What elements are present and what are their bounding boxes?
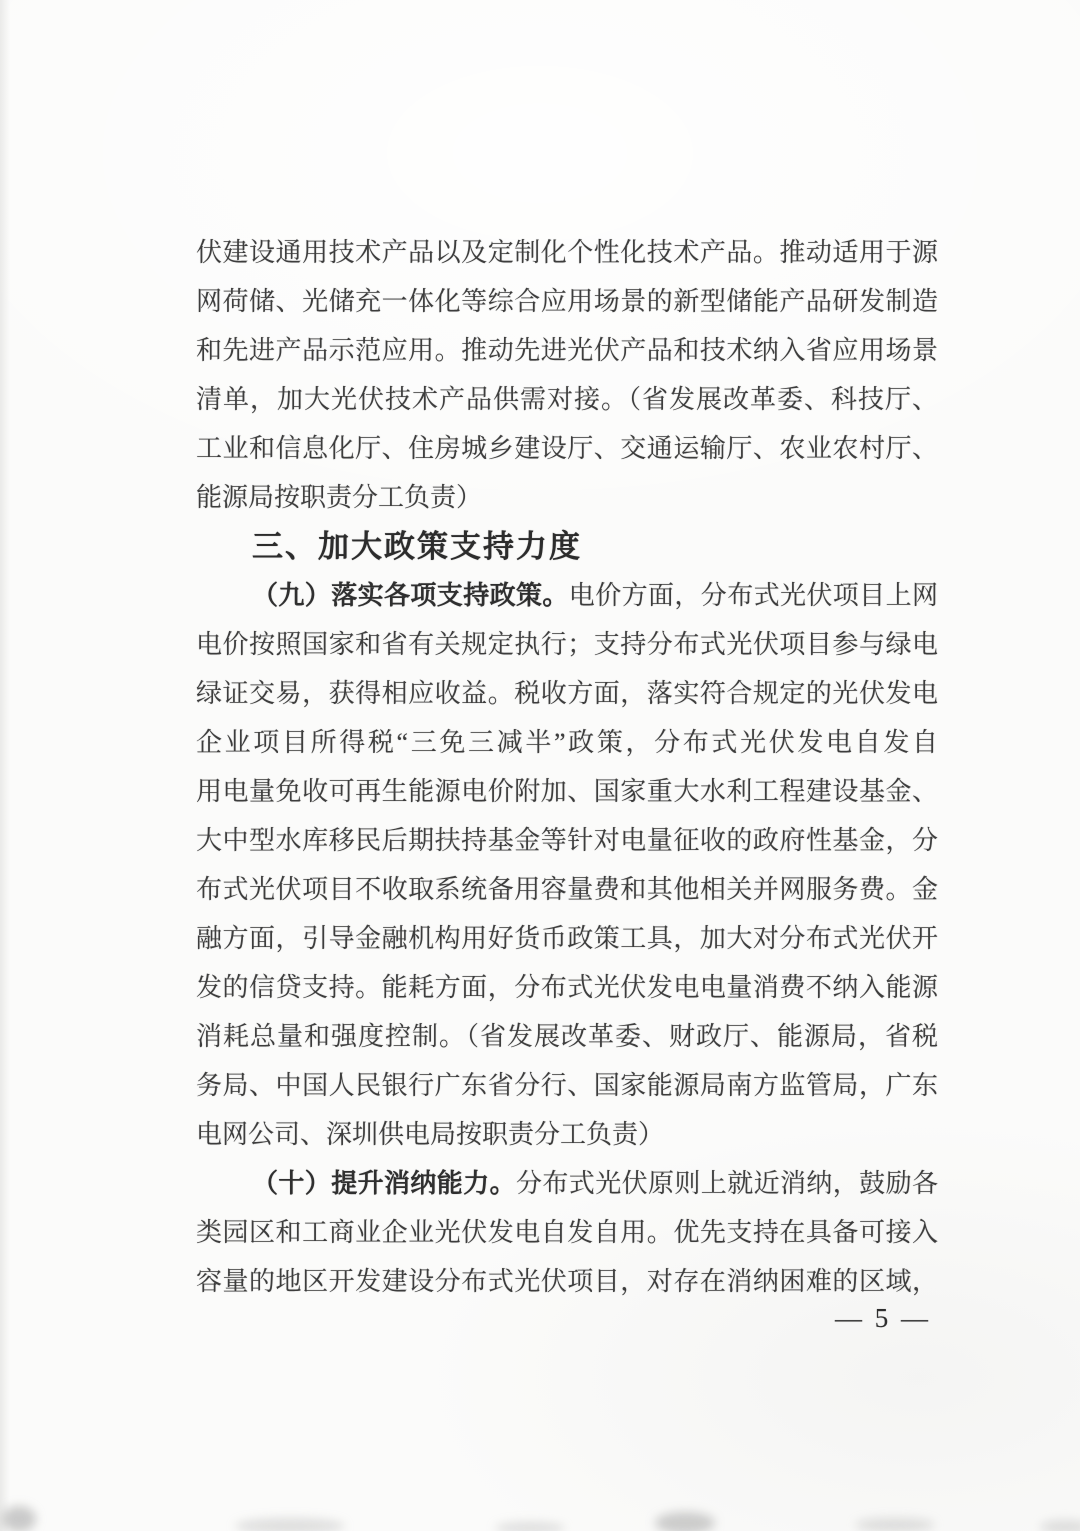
- paragraph-text: 分布式光伏原则上就近消纳，鼓励各: [516, 1169, 938, 1198]
- text-line: 消耗总量和强度控制。（省发展改革委、财政厅、能源局，省税: [196, 1012, 938, 1061]
- text-line: 能源局按职责分工负责）: [196, 473, 938, 522]
- text-line: 大中型水库移民后期扶持基金等针对电量征收的政府性基金，分: [196, 816, 938, 865]
- text-line: 布式光伏项目不收取系统备用容量费和其他相关并网服务费。金: [196, 865, 938, 914]
- scan-artifact: [1040, 1520, 1080, 1531]
- text-line: 工业和信息化厅、住房城乡建设厅、交通运输厅、农业农村厅、: [196, 424, 938, 473]
- scan-artifact: [855, 1518, 935, 1531]
- paragraph-label: （九）落实各项支持政策。: [252, 581, 569, 610]
- text-line: 和先进产品示范应用。推动先进光伏产品和技术纳入省应用场景: [196, 326, 938, 375]
- text-line: 容量的地区开发建设分布式光伏项目，对存在消纳困难的区域，: [196, 1257, 938, 1306]
- text-line: 绿证交易，获得相应收益。税收方面，落实符合规定的光伏发电: [196, 669, 938, 718]
- paragraph-label: （十）提升消纳能力。: [252, 1169, 516, 1198]
- text-line: 务局、中国人民银行广东省分行、国家能源局南方监管局，广东: [196, 1061, 938, 1110]
- text-line: 伏建设通用技术产品以及定制化个性化技术产品。推动适用于源: [196, 228, 938, 277]
- scan-artifact: [655, 1512, 715, 1531]
- text-line: 用电量免收可再生能源电价附加、国家重大水利工程建设基金、: [196, 767, 938, 816]
- paragraph-text: 电价方面，分布式光伏项目上网: [569, 581, 938, 610]
- text-line: 发的信贷支持。能耗方面，分布式光伏发电电量消费不纳入能源: [196, 963, 938, 1012]
- text-line: 类园区和工商业企业光伏发电自发自用。优先支持在具备可接入: [196, 1208, 938, 1257]
- text-line: （九）落实各项支持政策。电价方面，分布式光伏项目上网: [196, 571, 938, 620]
- text-line: 融方面，引导金融机构用好货币政策工具，加大对分布式光伏开: [196, 914, 938, 963]
- text-line: 网荷储、光储充一体化等综合应用场景的新型储能产品研发制造: [196, 277, 938, 326]
- text-line: 清单，加大光伏技术产品供需对接。（省发展改革委、科技厅、: [196, 375, 938, 424]
- page-number: — 5 —: [808, 1303, 958, 1334]
- text-line: 电网公司、深圳供电局按职责分工负责）: [196, 1110, 938, 1159]
- text-block: 伏建设通用技术产品以及定制化个性化技术产品。推动适用于源 网荷储、光储充一体化等…: [196, 228, 938, 1306]
- text-line: 企业项目所得税“三免三减半”政策，分布式光伏发电自发自: [196, 718, 938, 767]
- text-line: 电价按照国家和省有关规定执行；支持分布式光伏项目参与绿电: [196, 620, 938, 669]
- section-heading: 三、加大政策支持力度: [196, 522, 938, 571]
- text-line: （十）提升消纳能力。分布式光伏原则上就近消纳，鼓励各: [196, 1159, 938, 1208]
- document-page: 伏建设通用技术产品以及定制化个性化技术产品。推动适用于源 网荷储、光储充一体化等…: [0, 0, 1080, 1531]
- scan-artifact: [495, 1522, 565, 1531]
- scan-artifact: [2, 1506, 36, 1531]
- scan-artifact: [235, 1518, 345, 1531]
